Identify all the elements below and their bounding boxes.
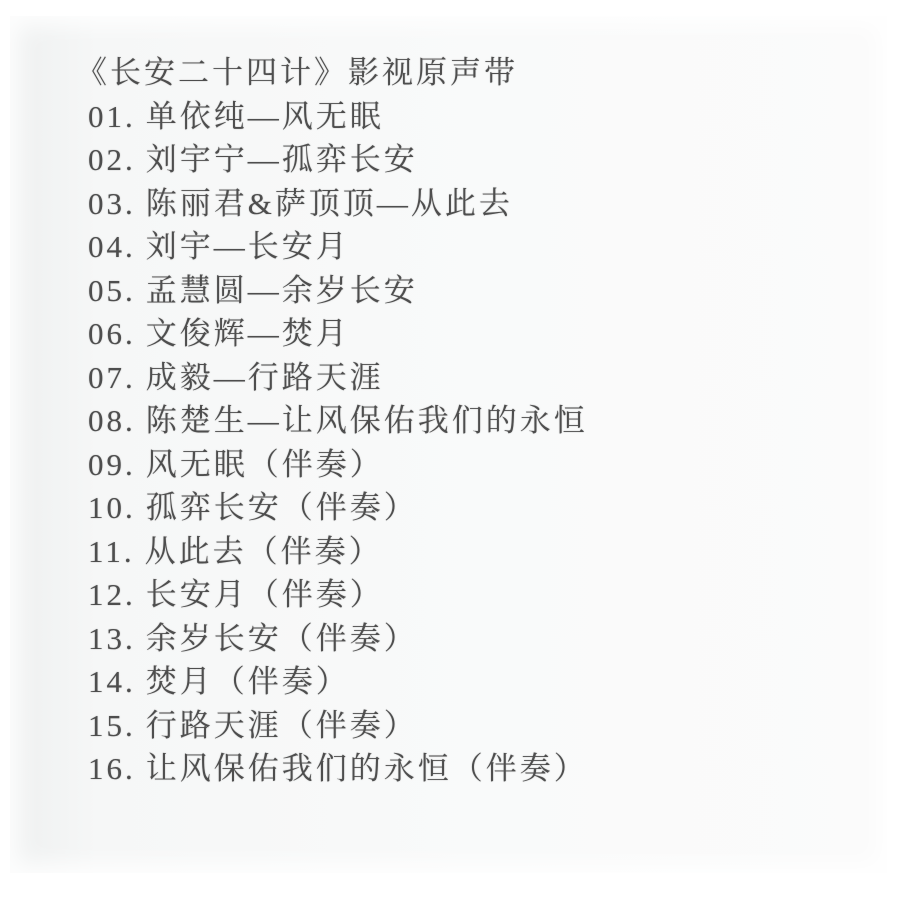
- track-label: 陈楚生—让风保佑我们的永恒: [146, 403, 588, 438]
- track-number: 14.: [88, 664, 136, 699]
- track-list: 01.单依纯—风无眠02.刘宇宁—孤弈长安03.陈丽君&萨顶顶—从此去04.刘宇…: [88, 95, 857, 791]
- track-row: 06.文俊辉—焚月: [88, 312, 857, 356]
- track-row: 12.长安月（伴奏）: [88, 573, 857, 617]
- track-number: 07.: [88, 360, 136, 395]
- track-number: 12.: [88, 577, 136, 612]
- track-row: 10.孤弈长安（伴奏）: [88, 486, 857, 530]
- track-number: 11.: [88, 534, 135, 569]
- track-label: 文俊辉—焚月: [146, 316, 350, 351]
- track-row: 16.让风保佑我们的永恒（伴奏）: [88, 747, 857, 791]
- track-row: 02.刘宇宁—孤弈长安: [88, 138, 857, 182]
- track-row: 15.行路天涯（伴奏）: [88, 704, 857, 748]
- track-number: 02.: [88, 142, 136, 177]
- track-number: 03.: [88, 186, 136, 221]
- track-number: 06.: [88, 316, 136, 351]
- track-number: 13.: [88, 621, 136, 656]
- track-label: 余岁长安（伴奏）: [146, 621, 418, 656]
- track-row: 13.余岁长安（伴奏）: [88, 617, 857, 661]
- track-label: 刘宇—长安月: [146, 229, 350, 264]
- track-row: 03.陈丽君&萨顶顶—从此去: [88, 182, 857, 226]
- track-label: 孟慧圆—余岁长安: [146, 273, 418, 308]
- track-label: 长安月（伴奏）: [146, 577, 384, 612]
- track-row: 14.焚月（伴奏）: [88, 660, 857, 704]
- track-label: 从此去（伴奏）: [145, 534, 383, 569]
- track-number: 16.: [88, 751, 136, 786]
- album-title: 《长安二十四计》影视原声带: [76, 51, 857, 95]
- track-label: 行路天涯（伴奏）: [146, 708, 418, 743]
- track-row: 09.风无眠（伴奏）: [88, 443, 857, 487]
- track-number: 10.: [88, 490, 136, 525]
- track-label: 孤弈长安（伴奏）: [146, 490, 418, 525]
- tracklist-panel: 《长安二十四计》影视原声带 01.单依纯—风无眠02.刘宇宁—孤弈长安03.陈丽…: [10, 16, 887, 791]
- track-row: 11.从此去（伴奏）: [88, 530, 857, 574]
- track-label: 成毅—行路天涯: [146, 360, 384, 395]
- track-row: 04.刘宇—长安月: [88, 225, 857, 269]
- track-number: 05.: [88, 273, 136, 308]
- track-label: 刘宇宁—孤弈长安: [146, 142, 418, 177]
- track-number: 15.: [88, 708, 136, 743]
- track-label: 焚月（伴奏）: [146, 664, 350, 699]
- track-row: 05.孟慧圆—余岁长安: [88, 269, 857, 313]
- track-row: 08.陈楚生—让风保佑我们的永恒: [88, 399, 857, 443]
- track-number: 04.: [88, 229, 136, 264]
- track-row: 01.单依纯—风无眠: [88, 95, 857, 139]
- track-label: 让风保佑我们的永恒（伴奏）: [146, 751, 588, 786]
- track-row: 07.成毅—行路天涯: [88, 356, 857, 400]
- track-label: 风无眠（伴奏）: [146, 447, 384, 482]
- photo-background: 《长安二十四计》影视原声带 01.单依纯—风无眠02.刘宇宁—孤弈长安03.陈丽…: [10, 16, 887, 873]
- track-label: 陈丽君&萨顶顶—从此去: [146, 186, 513, 221]
- track-number: 08.: [88, 403, 136, 438]
- track-number: 01.: [88, 99, 136, 134]
- track-label: 单依纯—风无眠: [146, 99, 384, 134]
- track-number: 09.: [88, 447, 136, 482]
